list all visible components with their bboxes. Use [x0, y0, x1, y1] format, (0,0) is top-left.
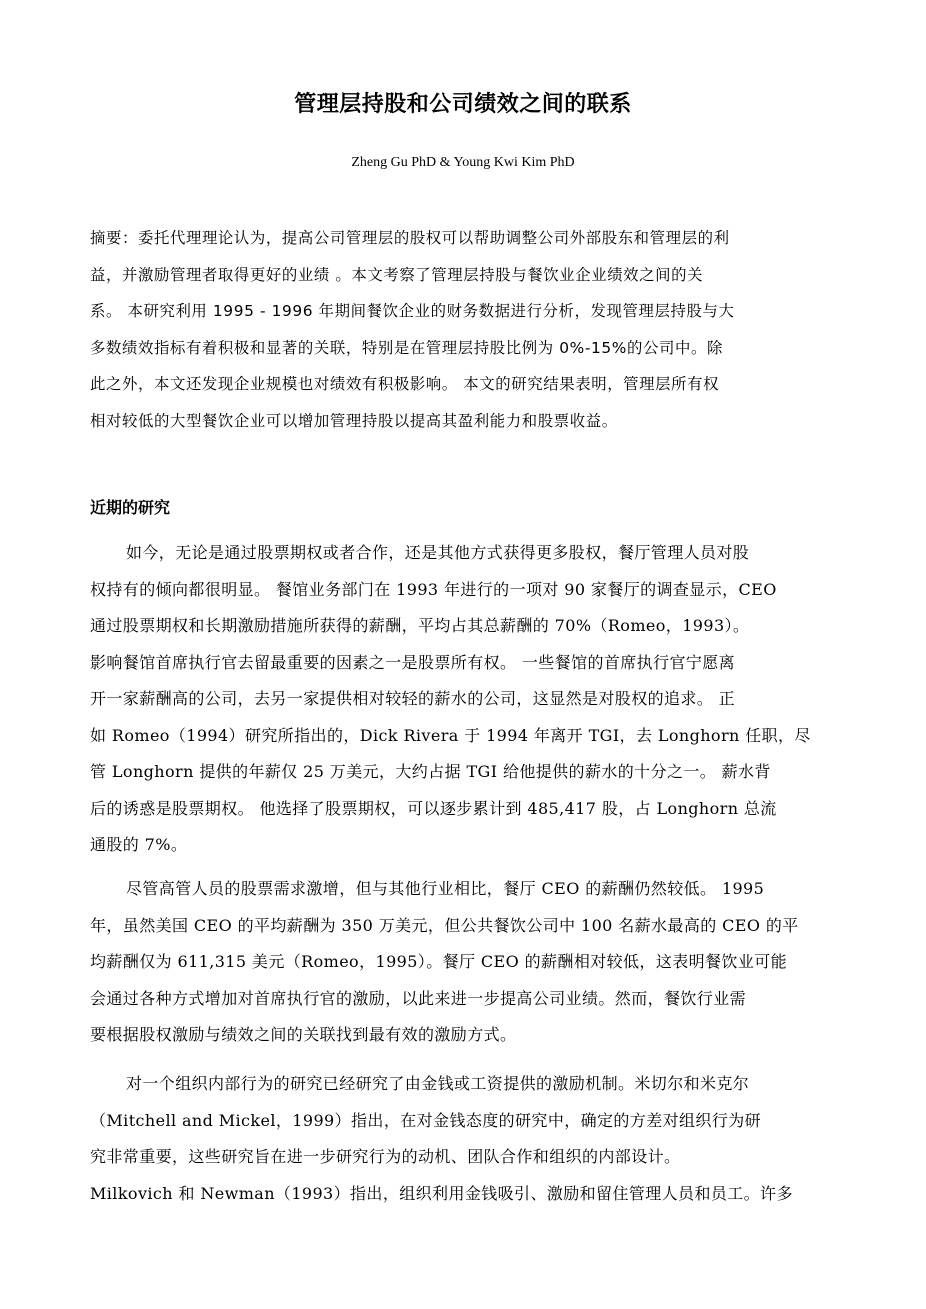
paragraph-line: （Mitchell and Mickel，1999）指出，在对金钱态度的研究中，…: [90, 1103, 836, 1140]
paragraph-line: 年，虽然美国 CEO 的平均薪酬为 350 万美元，但公共餐饮公司中 100 名…: [90, 908, 836, 945]
paragraph-3: 对一个组织内部行为的研究已经研究了由金钱或工资提供的激励机制。米切尔和米克尔 （…: [90, 1066, 836, 1212]
abstract-line: 相对较低的大型餐饮企业可以增加管理持股以提高其盈利能力和股票收益。: [90, 403, 836, 440]
abstract: 摘要：委托代理理论认为，提高公司管理层的股权可以帮助调整公司外部股东和管理层的利…: [90, 220, 836, 439]
abstract-line-text: ：委托代理理论认为，提高公司管理层的股权可以帮助调整公司外部股东和管理层的利: [122, 229, 730, 247]
paragraph-line: 影响餐馆首席执行官去留最重要的因素之一是股票所有权。 一些餐馆的首席执行官宁愿离: [90, 645, 836, 682]
paragraph-line: 均薪酬仅为 611,315 美元（Romeo，1995）。餐厅 CEO 的薪酬相…: [90, 944, 836, 981]
document-title: 管理层持股和公司绩效之间的联系: [0, 90, 926, 120]
abstract-line: 摘要：委托代理理论认为，提高公司管理层的股权可以帮助调整公司外部股东和管理层的利: [90, 220, 836, 257]
paragraph-line: 后的诱惑是股票期权。 他选择了股票期权，可以逐步累计到 485,417 股，占 …: [90, 791, 836, 828]
paragraph-line: 对一个组织内部行为的研究已经研究了由金钱或工资提供的激励机制。米切尔和米克尔: [90, 1066, 836, 1103]
abstract-line: 多数绩效指标有着积极和显著的关联，特别是在管理层持股比例为 0%-15%的公司中…: [90, 330, 836, 367]
abstract-line: 益，并激励管理者取得更好的业绩 。本文考察了管理层持股与餐饮业企业绩效之间的关: [90, 257, 836, 294]
paragraph-line: 权持有的倾向都很明显。 餐馆业务部门在 1993 年进行的一项对 90 家餐厅的…: [90, 572, 836, 609]
paragraph-line: Milkovich 和 Newman（1993）指出，组织利用金钱吸引、激励和留…: [90, 1176, 836, 1213]
document-page: 管理层持股和公司绩效之间的联系 Zheng Gu PhD & Young Kwi…: [0, 0, 926, 1309]
paragraph-line: 究非常重要，这些研究旨在进一步研究行为的动机、团队合作和组织的内部设计。: [90, 1139, 836, 1176]
paragraph-line: 要根据股权激励与绩效之间的关联找到最有效的激励方式。: [90, 1017, 836, 1054]
paragraph-line: 管 Longhorn 提供的年薪仅 25 万美元，大约占据 TGI 给他提供的薪…: [90, 754, 836, 791]
paragraph-line: 会通过各种方式增加对首席执行官的激励，以此来进一步提高公司业绩。然而，餐饮行业需: [90, 981, 836, 1018]
paragraph-line: 尽管高管人员的股票需求激增，但与其他行业相比，餐厅 CEO 的薪酬仍然较低。 1…: [90, 871, 836, 908]
paragraph-line: 通股的 7%。: [90, 827, 836, 864]
abstract-line: 系。 本研究利用 1995 - 1996 年期间餐饮企业的财务数据进行分析，发现…: [90, 293, 836, 330]
paragraph-line: 开一家薪酬高的公司，去另一家提供相对较轻的薪水的公司，这显然是对股权的追求。 正: [90, 681, 836, 718]
section-heading: 近期的研究: [90, 497, 170, 519]
paragraph-line: 如 Romeo（1994）研究所指出的，Dick Rivera 于 1994 年…: [90, 718, 836, 755]
abstract-line: 此之外，本文还发现企业规模也对绩效有积极影响。 本文的研究结果表明，管理层所有权: [90, 366, 836, 403]
paragraph-line: 如今，无论是通过股票期权或者合作，还是其他方式获得更多股权，餐厅管理人员对股: [90, 535, 836, 572]
paragraph-1: 如今，无论是通过股票期权或者合作，还是其他方式获得更多股权，餐厅管理人员对股 权…: [90, 535, 836, 864]
paragraph-line: 通过股票期权和长期激励措施所获得的薪酬，平均占其总薪酬的 70%（Romeo，1…: [90, 608, 836, 645]
document-authors: Zheng Gu PhD & Young Kwi Kim PhD: [0, 154, 926, 172]
paragraph-2: 尽管高管人员的股票需求激增，但与其他行业相比，餐厅 CEO 的薪酬仍然较低。 1…: [90, 871, 836, 1054]
abstract-label: 摘要: [90, 229, 122, 247]
